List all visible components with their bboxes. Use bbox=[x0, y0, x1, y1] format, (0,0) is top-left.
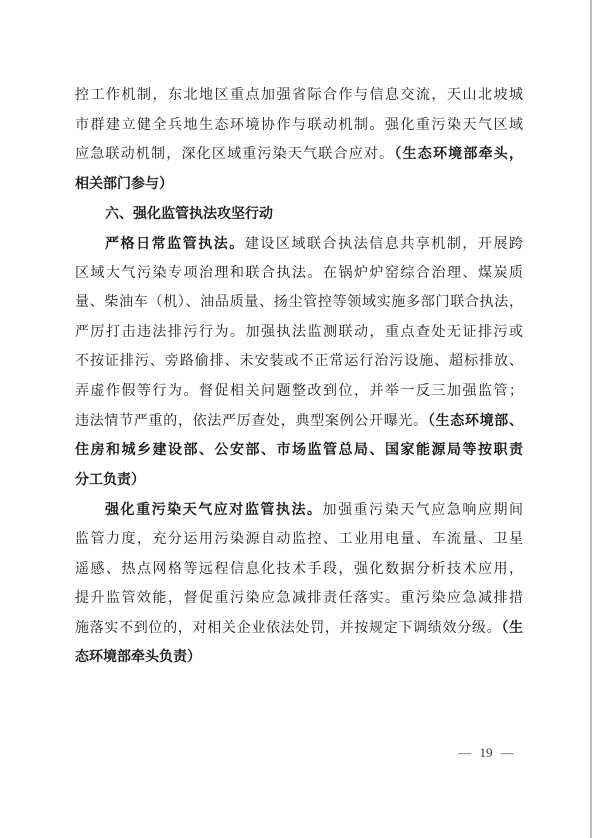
text-line: 弄虚作假等行为。督促相关问题整改到位，并举一反三加强监管； bbox=[75, 377, 523, 407]
text-run-body: 施落实不到位的，对相关企业依法处罚，并按规定下调绩效分级。 bbox=[75, 621, 501, 636]
text-line: 住房和城乡建设部、公安部、市场监管总局、国家能源局等按职责 bbox=[75, 436, 523, 466]
text-run-kai: 住房和城乡建设部、公安部、市场监管总局、国家能源局等按职责 bbox=[75, 443, 523, 458]
text-run-body: 严厉打击违法排污行为。加强执法监测联动，重点查处无证排污或 bbox=[75, 325, 523, 340]
text-line: 市群建立健全兵地生态环境协作与联动机制。强化重污染天气区域 bbox=[75, 111, 523, 141]
text-line: 不按证排污、旁路偷排、未安装或不正常运行治污设施、超标排放、 bbox=[75, 347, 523, 377]
text-run-body: 遥感、热点网格等远程信息化技术手段，强化数据分析技术应用， bbox=[75, 562, 523, 577]
page-number-text: — 19 — bbox=[458, 745, 514, 760]
text-run-body: 市群建立健全兵地生态环境协作与联动机制。强化重污染天气区域 bbox=[75, 118, 523, 133]
text-run-lead: 严格日常监管执法。 bbox=[105, 235, 245, 251]
text-line: 提升监管效能，督促重污染应急减排责任落实。重污染应急减排措 bbox=[75, 584, 523, 614]
text-line: 应急联动机制，深化区域重污染天气联合应对。（生态环境部牵头， bbox=[75, 140, 523, 170]
text-run-body: 控工作机制，东北地区重点加强省际合作与信息交流，天山北坡城 bbox=[75, 88, 523, 103]
text-line: 施落实不到位的，对相关企业依法处罚，并按规定下调绩效分级。（生 bbox=[75, 614, 523, 644]
text-run-kai: （生态环境部牵头， bbox=[394, 147, 523, 162]
text-run-body: 加强重污染天气应急响应期间 bbox=[323, 503, 523, 518]
text-run-body: 区域大气污染专项治理和联合执法。在锅炉炉窑综合治理、煤炭质 bbox=[75, 266, 523, 281]
text-run-body: 监管力度，充分运用污染源自动监控、工业用电量、车流量、卫星 bbox=[75, 532, 523, 547]
text-line: 监管力度，充分运用污染源自动监控、工业用电量、车流量、卫星 bbox=[75, 525, 523, 555]
text-line: 区域大气污染专项治理和联合执法。在锅炉炉窑综合治理、煤炭质 bbox=[75, 259, 523, 289]
text-line: 态环境部牵头负责） bbox=[75, 643, 523, 673]
document-page: 控工作机制，东北地区重点加强省际合作与信息交流，天山北坡城市群建立健全兵地生态环… bbox=[0, 0, 595, 838]
text-run-body: 应急联动机制，深化区域重污染天气联合应对。 bbox=[75, 147, 394, 162]
page-right-edge-line bbox=[590, 0, 592, 838]
text-line: 严格日常监管执法。建设区域联合执法信息共享机制，开展跨 bbox=[75, 229, 523, 259]
text-run-kai: 分工负责） bbox=[75, 473, 145, 488]
text-line: 严厉打击违法排污行为。加强执法监测联动，重点查处无证排污或 bbox=[75, 318, 523, 348]
text-run-body: 弄虚作假等行为。督促相关问题整改到位，并举一反三加强监管； bbox=[75, 384, 523, 399]
text-run-kai: 相关部门参与） bbox=[75, 177, 173, 192]
page-number: — 19 — bbox=[420, 744, 552, 762]
text-line: 强化重污染天气应对监管执法。加强重污染天气应急响应期间 bbox=[75, 495, 523, 525]
text-line: 相关部门参与） bbox=[75, 170, 523, 200]
text-line: 遥感、热点网格等远程信息化技术手段，强化数据分析技术应用， bbox=[75, 555, 523, 585]
text-run-kai: （生 bbox=[501, 621, 523, 636]
text-run-body: 不按证排污、旁路偷排、未安装或不正常运行治污设施、超标排放、 bbox=[75, 354, 523, 369]
text-line: 六、强化监管执法攻坚行动 bbox=[75, 199, 523, 229]
text-line: 违法情节严重的，依法严厉查处，典型案例公开曝光。（生态环境部、 bbox=[75, 407, 523, 437]
text-run-body: 违法情节严重的，依法严厉查处，典型案例公开曝光。 bbox=[75, 414, 428, 429]
text-line: 分工负责） bbox=[75, 466, 523, 496]
text-run-body: 建设区域联合执法信息共享机制，开展跨 bbox=[245, 237, 523, 252]
text-run-body: 量、柴油车（机）、油品质量、扬尘管控等领域实施多部门联合执法， bbox=[75, 295, 523, 310]
document-text-block: 控工作机制，东北地区重点加强省际合作与信息交流，天山北坡城市群建立健全兵地生态环… bbox=[75, 81, 523, 673]
text-line: 量、柴油车（机）、油品质量、扬尘管控等领域实施多部门联合执法， bbox=[75, 288, 523, 318]
text-line: 控工作机制，东北地区重点加强省际合作与信息交流，天山北坡城 bbox=[75, 81, 523, 111]
text-run-heading: 六、强化监管执法攻坚行动 bbox=[105, 205, 273, 221]
text-run-kai: 态环境部牵头负责） bbox=[75, 650, 201, 665]
text-run-lead: 强化重污染天气应对监管执法。 bbox=[105, 501, 323, 517]
text-run-body: 提升监管效能，督促重污染应急减排责任落实。重污染应急减排措 bbox=[75, 591, 523, 606]
text-run-kai: （生态环境部、 bbox=[428, 414, 523, 429]
